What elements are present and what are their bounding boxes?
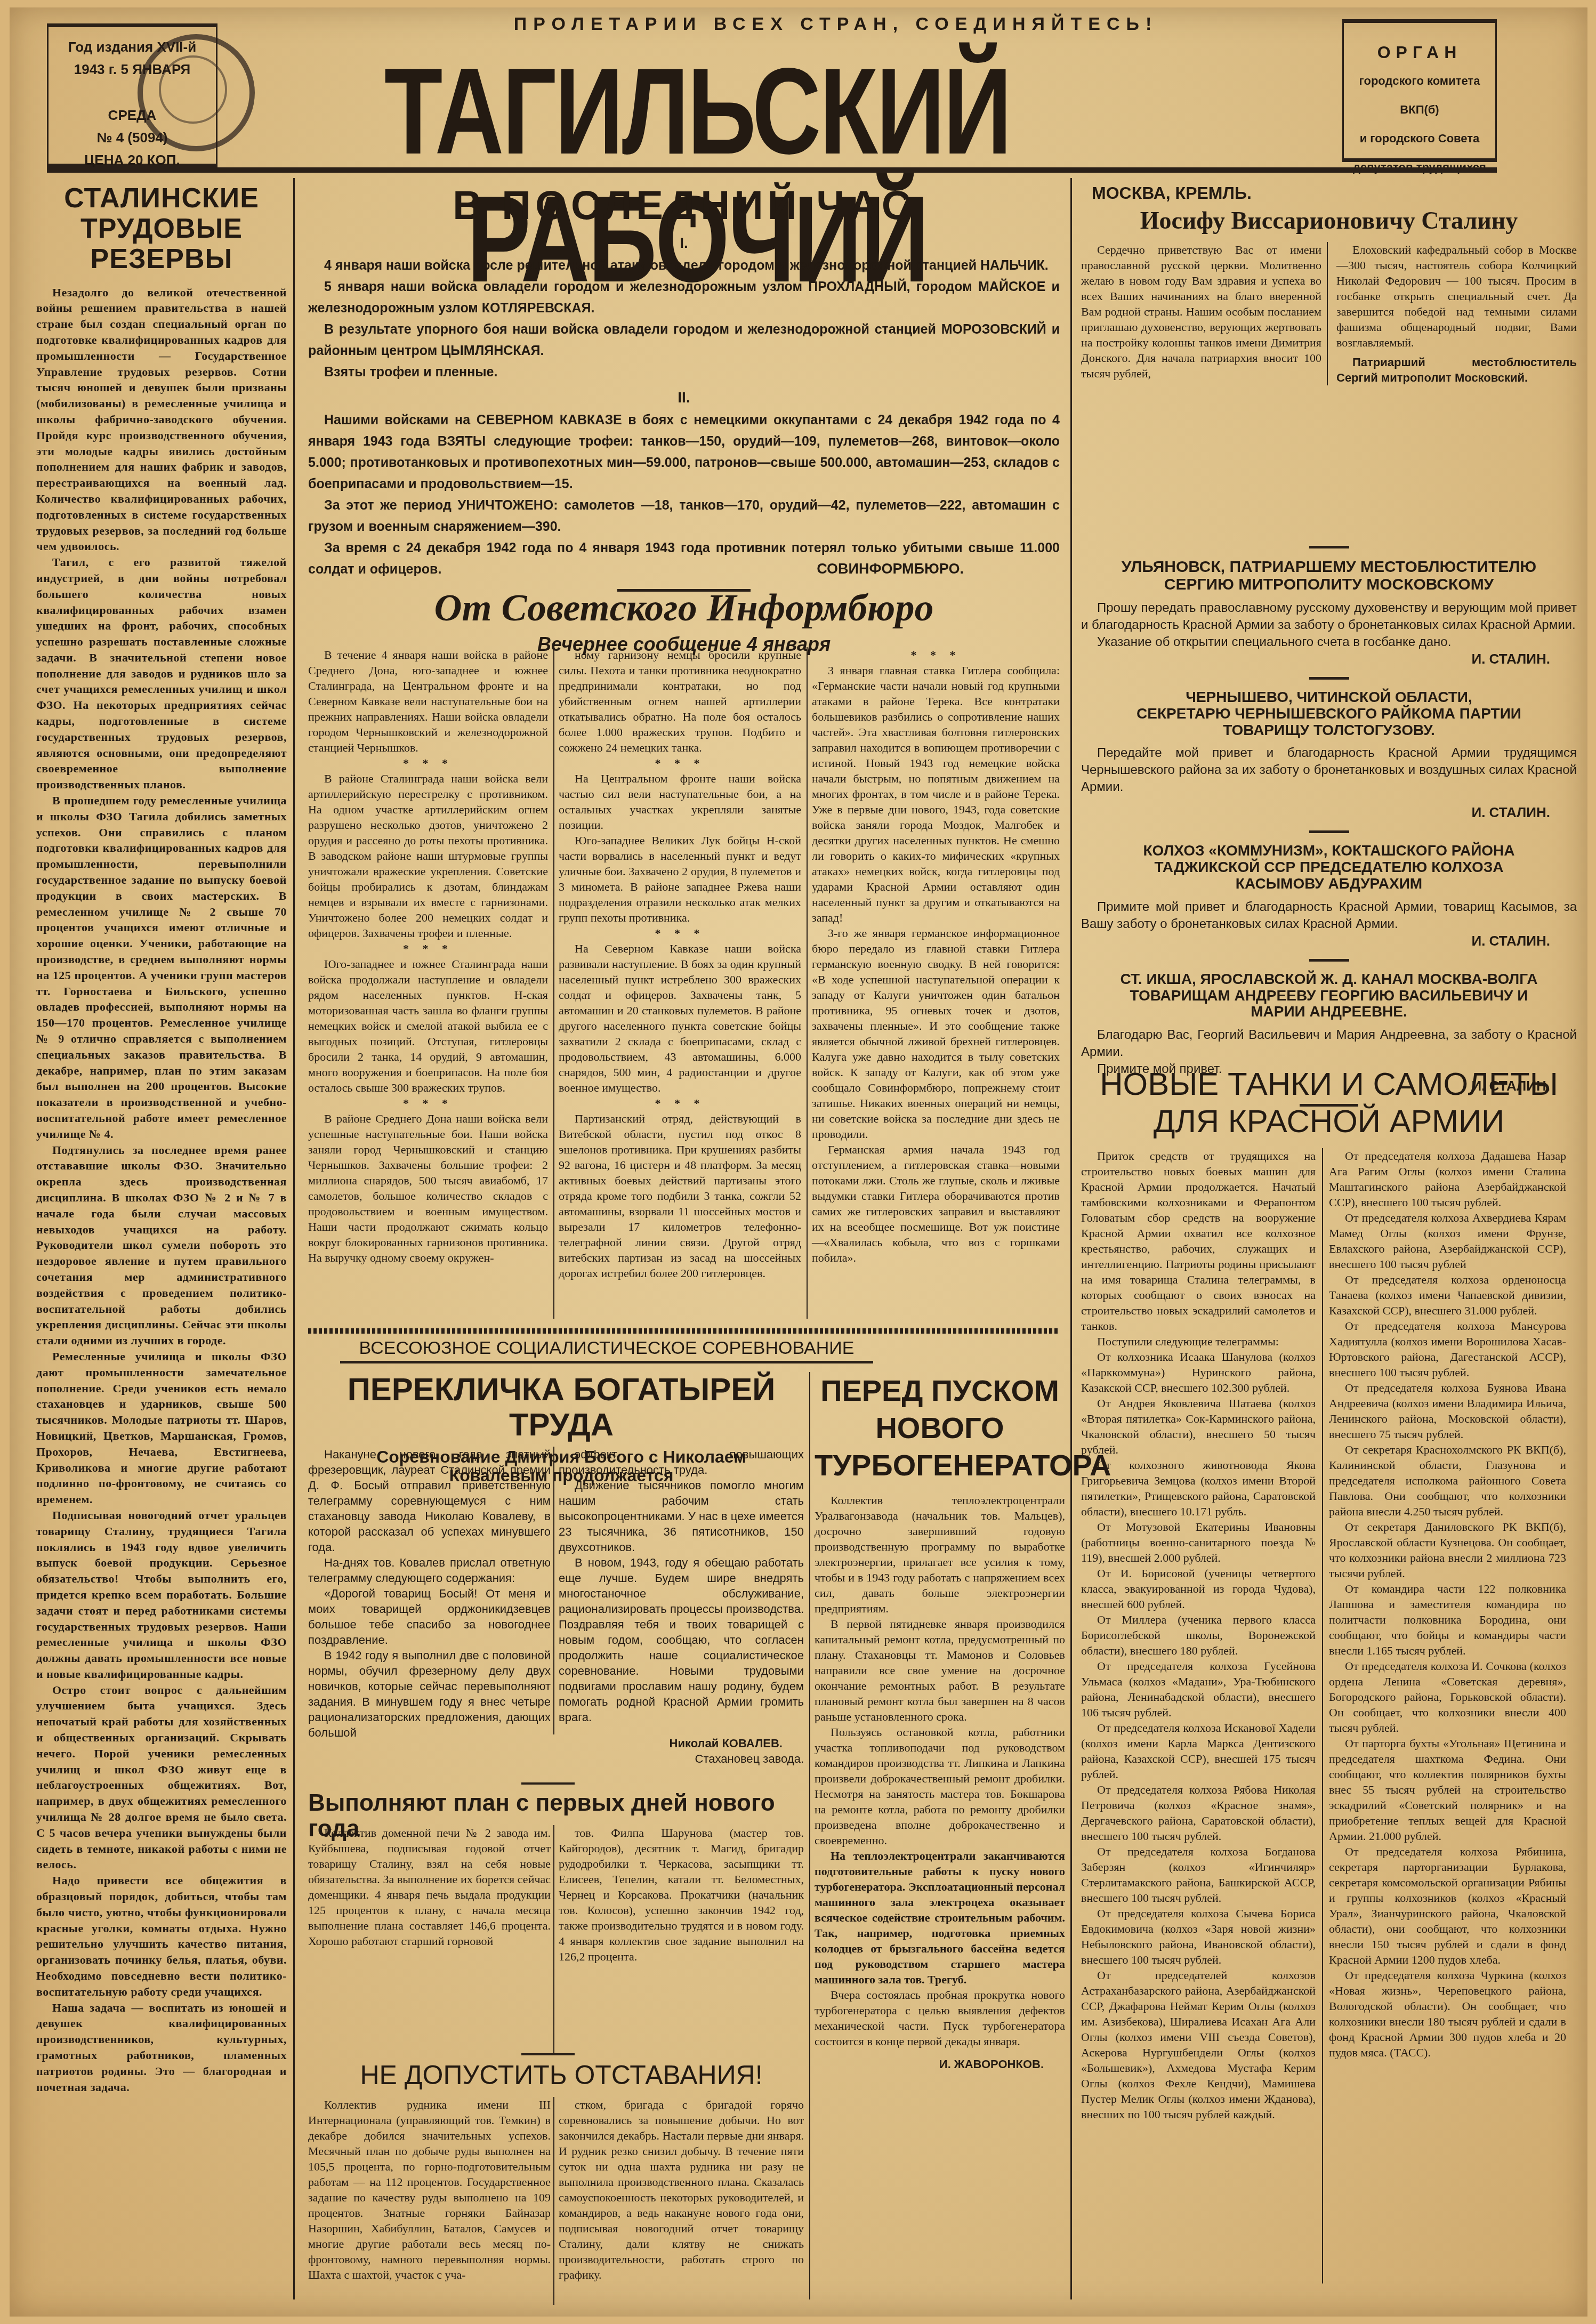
organ-label: ОРГАН — [1344, 38, 1495, 67]
separator: * * * — [559, 1095, 801, 1111]
informburo-col1: В течение 4 января наши войска в районе … — [308, 647, 548, 1265]
paragraph: На Центральном фронте наши войска частью… — [559, 771, 801, 833]
paragraph: На теплоэлектроцентрали заканчиваются по… — [815, 1848, 1065, 1987]
paragraph: В районе Среднего Дона наши войска вели … — [308, 1111, 548, 1265]
separator: * * * — [308, 755, 548, 771]
paragraph: От председателя колхоза Чуркина (колхоз … — [1329, 1967, 1566, 2060]
column-divider — [553, 1447, 554, 1734]
paragraph: От Андрея Яковлевича Шатаева (колхоз «Вт… — [1081, 1395, 1316, 1457]
paragraph: Примите мой привет и благодарность Красн… — [1081, 899, 1577, 933]
plan-col2: тов. Филпа Шарунова (мастер тов. Кайгоро… — [559, 1825, 804, 1964]
paragraph: В 1942 году я выполнил две с половиной н… — [308, 1648, 551, 1740]
paragraph: От колхозного животновода Якова Григорье… — [1081, 1457, 1316, 1519]
paragraph: Пользуясь остановкой котла, работники уч… — [815, 1724, 1065, 1848]
informburo-col3: * * * 3 января главная ставка Гитлера со… — [812, 647, 1060, 1265]
last-hour-title: В ПОСЛЕДНИЙ ЧАС — [308, 183, 1060, 228]
informburo-col2: ному гарнизону немцы бросили крупные сил… — [559, 647, 801, 1281]
paragraph: «Дорогой товарищ Босый! От меня и моих т… — [308, 1586, 551, 1648]
paragraph: От Миллера (ученика первого класса Борис… — [1081, 1612, 1316, 1658]
competition-col2: эффект, повышающих производительность тр… — [559, 1447, 804, 1766]
paragraph: В первой пятидневке января производился … — [815, 1616, 1065, 1724]
motto: ПРОЛЕТАРИИ ВСЕХ СТРАН, СОЕДИНЯЙТЕСЬ! — [489, 14, 1182, 35]
paragraph: Юго-западнее Великих Лук бойцы Н-ской ча… — [559, 833, 801, 925]
plan-col1: Коллектив доменной печи № 2 завода им. К… — [308, 1825, 551, 1949]
paragraph: Движение тысячников помогло многим нашим… — [559, 1478, 804, 1555]
paragraph: Тагил, с его развитой тяжелой индустрией… — [36, 554, 287, 793]
paragraph: Вчера состоялась пробная прокрутка новог… — [815, 1987, 1065, 2049]
tanks-title: НОВЫЕ ТАНКИ И САМОЛЕТЫ ДЛЯ КРАСНОЙ АРМИИ — [1081, 1066, 1577, 1140]
kremlin-col2: Елоховский кафедральный собор в Москве—3… — [1336, 242, 1577, 385]
library-stamp-icon — [138, 34, 255, 151]
paragraph: Коллектив доменной печи № 2 завода им. К… — [308, 1825, 551, 1949]
paragraph: Коллектив рудника имени III Интернациона… — [308, 2097, 551, 2282]
turbo-body: Коллектив теплоэлектроцентрали Уралвагон… — [815, 1492, 1065, 2072]
paragraph: 5 января наши войска овладели городом и … — [308, 276, 1060, 319]
column-divider — [553, 2097, 554, 2305]
section-rule — [521, 1782, 575, 1785]
paragraph: От председателя колхоза Ахвердиева Кярам… — [1329, 1210, 1566, 1272]
paragraph: 4 января наши войска после решительной а… — [308, 255, 1060, 276]
signature: И. СТАЛИН. — [1081, 804, 1550, 821]
telegram-heading: КОЛХОЗ «КОММУНИЗМ», КОКТАШСКОГО РАЙОНА — [1081, 843, 1577, 859]
editorial-body: Незадолго до великой отечественной войны… — [36, 285, 287, 2095]
paragraph: Взяты трофеи и пленные. — [308, 361, 1060, 383]
newspaper-page: Год издания XVII-й 1943 г. 5 ЯНВАРЯ СРЕД… — [10, 7, 1587, 2317]
kremlin-col1: Сердечно приветствую Вас от имени правос… — [1081, 242, 1328, 385]
turbo-title: ПЕРЕД ПУСКОМ НОВОГО ТУРБОГЕНЕРАТОРА — [815, 1372, 1065, 1484]
editorial-title: СТАЛИНСКИЕ ТРУДОВЫЕ РЕЗЕРВЫ — [36, 183, 287, 275]
separator: * * * — [308, 941, 548, 956]
paragraph: Наша задача — воспитать из юношей и деву… — [36, 2000, 287, 2095]
telegram-heading: ЧЕРНЫШЕВО, ЧИТИНСКОЙ ОБЛАСТИ, — [1081, 689, 1577, 706]
paragraph: В районе Сталинграда наши войска вели ар… — [308, 771, 548, 941]
section-number: I. — [308, 235, 1060, 252]
paragraph: От командира части 122 полковника Лапшов… — [1329, 1581, 1566, 1658]
paragraph: От председателя колхоза Сычева Бориса Ев… — [1081, 1906, 1316, 1967]
paragraph: стком, бригада с бригадой горячо соревно… — [559, 2097, 804, 2282]
signature: И. СТАЛИН. — [1081, 651, 1550, 667]
organ-box: ОРГАН городского комитета ВКП(б) и город… — [1342, 19, 1497, 162]
section-divider-wavy — [308, 1328, 1060, 1334]
editorial-article: СТАЛИНСКИЕ ТРУДОВЫЕ РЕЗЕРВЫ Незадолго до… — [36, 183, 287, 2095]
paragraph: На Северном Кавказе наши войска развивал… — [559, 941, 801, 1095]
paragraph: Поступили следующие телеграммы: — [1081, 1334, 1316, 1349]
separator: * * * — [308, 1095, 548, 1111]
paragraph: В прошедшем году ремесленные училища и ш… — [36, 793, 287, 1142]
paragraph: За этот же период УНИЧТОЖЕНО: самолетов … — [308, 495, 1060, 537]
telegram-heading: СЕКРЕТАРЮ ЧЕРНЫШЕВСКОГО РАЙКОМА ПАРТИИ — [1081, 706, 1577, 722]
paragraph: Подписывая новогодний отчет уральцев тов… — [36, 1507, 287, 1682]
tanks-col2: От председателя колхоза Дадашева Назар А… — [1329, 1148, 1566, 2060]
organ-line: и городского Совета — [1344, 124, 1495, 153]
paragraph: Остро стоит вопрос с дальнейшим улучшени… — [36, 1682, 287, 1873]
organ-line: городского комитета ВКП(б) — [1344, 67, 1495, 124]
telegram-heading: ТОВАРИЩАМ АНДРЕЕВУ ГЕОРГИЮ ВАСИЛЬЕВИЧУ И — [1081, 988, 1577, 1004]
paragraph: Нашими войсками на СЕВЕРНОМ КАВКАЗЕ в бо… — [308, 409, 1060, 495]
lagging-col2: стком, бригада с бригадой горячо соревно… — [559, 2097, 804, 2282]
paragraph: Подтянулись за последнее время ранее отс… — [36, 1142, 287, 1349]
telegram: ЧЕРНЫШЕВО, ЧИТИНСКОЙ ОБЛАСТИ, СЕКРЕТАРЮ … — [1081, 689, 1577, 821]
addressee: Иосифу Виссарионовичу Сталину — [1081, 206, 1577, 235]
column-divider — [807, 647, 808, 1319]
last-hour-part1: 4 января наши войска после решительной а… — [308, 255, 1060, 383]
paragraph: Приток средств от трудящихся на строител… — [1081, 1148, 1316, 1334]
paragraph: эффект, повышающих производительность тр… — [559, 1447, 804, 1478]
telegram-heading: ТАДЖИКСКОЙ ССР ПРЕДСЕДАТЕЛЮ КОЛХОЗА — [1081, 859, 1577, 876]
paragraph: Указание об открытии специального счета … — [1081, 634, 1577, 651]
paragraph: От председателя колхоза Рябова Николая П… — [1081, 1782, 1316, 1844]
place: МОСКВА, КРЕМЛЬ. — [1092, 183, 1577, 203]
section-number: II. — [308, 389, 1060, 406]
turbo-article: ПЕРЕД ПУСКОМ НОВОГО ТУРБОГЕНЕРАТОРА Колл… — [815, 1372, 1065, 2072]
masthead-rule — [47, 167, 1497, 173]
signature-role: Стахановец завода. — [559, 1751, 804, 1766]
column-divider — [293, 178, 295, 2299]
telegram: УЛЬЯНОВСК, ПАТРИАРШЕМУ МЕСТОБЛЮСТИТЕЛЮ С… — [1081, 558, 1577, 667]
last-hour-article: В ПОСЛЕДНИЙ ЧАС I. 4 января наши войска … — [308, 183, 1060, 592]
telegram-heading: ТОВАРИЩУ ТОЛСТОГУЗОВУ. — [1081, 722, 1577, 739]
column-divider — [553, 647, 554, 1319]
paragraph: От председателя колхоза Рябинина, секрет… — [1329, 1844, 1566, 1967]
paragraph: От председателей колхозов Астраханбазарс… — [1081, 1967, 1316, 2122]
telegrams-section: УЛЬЯНОВСК, ПАТРИАРШЕМУ МЕСТОБЛЮСТИТЕЛЮ С… — [1081, 546, 1577, 1107]
paragraph: От парторга бухты «Угольная» Щетинина и … — [1329, 1736, 1566, 1844]
kremlin-columns: Сердечно приветствую Вас от имени правос… — [1081, 242, 1577, 385]
paragraph: Коллектив теплоэлектроцентрали Уралвагон… — [815, 1492, 1065, 1616]
paragraph: От секретаря Краснохолмского РК ВКП(б), … — [1329, 1442, 1566, 1519]
column-divider — [1322, 1148, 1323, 2283]
paragraph: Накануне нового года знатный фрезеровщик… — [308, 1447, 551, 1555]
separator: * * * — [559, 755, 801, 771]
paragraph: От секретаря Даниловского РК ВКП(б), Яро… — [1329, 1519, 1566, 1581]
paragraph: От председателя колхоза орденоносца Тана… — [1329, 1272, 1566, 1318]
paragraph: На-днях тов. Ковалев прислал ответную те… — [308, 1555, 551, 1586]
last-hour-part2: Нашими войсками на СЕВЕРНОМ КАВКАЗЕ в бо… — [308, 409, 1060, 580]
paragraph: Передайте мой привет и благодарность Кра… — [1081, 745, 1577, 796]
paragraph: От председателя колхоза Богданова Заберз… — [1081, 1844, 1316, 1906]
paragraph: 3-го же января германское информационное… — [812, 925, 1060, 1142]
column-divider — [809, 1372, 810, 2299]
kremlin-letter: МОСКВА, КРЕМЛЬ. Иосифу Виссарионовичу Ст… — [1081, 183, 1577, 385]
paragraph: От председателя колхоза И. Сочкова (колх… — [1329, 1658, 1566, 1736]
paragraph: От председателя колхоза Мансурова Хадият… — [1329, 1318, 1566, 1380]
paragraph: От председателя колхоза Буянова Ивана Ан… — [1329, 1380, 1566, 1442]
section-rule — [1309, 959, 1349, 962]
telegram-heading: КАСЫМОВУ АБДУРАХИМ — [1081, 876, 1577, 892]
paragraph: Прошу передать православному русскому ду… — [1081, 600, 1577, 634]
lagging-title: НЕ ДОПУСТИТЬ ОТСТАВАНИЯ! — [308, 2060, 815, 2091]
paragraph: От председателя колхоза Дадашева Назар А… — [1329, 1148, 1566, 1210]
paragraph: тов. Филпа Шарунова (мастер тов. Кайгоро… — [559, 1825, 804, 1964]
lagging-col1: Коллектив рудника имени III Интернациона… — [308, 2097, 551, 2282]
competition-col1: Накануне нового года знатный фрезеровщик… — [308, 1447, 551, 1740]
paragraph: Сердечно приветствую Вас от имени правос… — [1081, 242, 1321, 381]
section-rule — [1309, 546, 1349, 548]
section-rule — [521, 2053, 575, 2055]
separator: * * * — [812, 647, 1060, 663]
paragraph: В течение 4 января наши войска в районе … — [308, 647, 548, 755]
paragraph: 3 января главная ставка Гитлера сообщила… — [812, 663, 1060, 925]
paragraph: Партизанский отряд, действующий в Витебс… — [559, 1111, 801, 1281]
paragraph: Ремесленные училища и школы ФЗО дают про… — [36, 1349, 287, 1507]
paragraph: В новом, 1943, году я обещаю работать ещ… — [559, 1555, 804, 1725]
paragraph: От Мотузовой Екатерины Ивановны (работни… — [1081, 1519, 1316, 1566]
paragraph: В результате упорного боя наши войска ов… — [308, 319, 1060, 361]
paragraph: От И. Борисовой (ученицы четвертого клас… — [1081, 1566, 1316, 1612]
tanks-col1: Приток средств от трудящихся на строител… — [1081, 1148, 1316, 2122]
paragraph: Надо привести все общежития в образцовый… — [36, 1873, 287, 1999]
signature: И. ЖАВОРОНКОВ. — [815, 2056, 1044, 2072]
paragraph: Елоховский кафедральный собор в Москве—3… — [1336, 242, 1577, 350]
paragraph: От председателя колхоза Гусейнова Ульмас… — [1081, 1658, 1316, 1720]
competition-banner: ВСЕСОЮЗНОЕ СОЦИАЛИСТИЧЕСКОЕ СОРЕВНОВАНИЕ — [340, 1338, 873, 1363]
telegram: КОЛХОЗ «КОММУНИЗМ», КОКТАШСКОГО РАЙОНА Т… — [1081, 843, 1577, 949]
paragraph: От колхозника Исаака Шанулова (колхоз «П… — [1081, 1349, 1316, 1395]
paragraph: ному гарнизону немцы бросили крупные сил… — [559, 647, 801, 755]
informburo-article: От Советского Информбюро Вечернее сообще… — [308, 586, 1060, 656]
signature: И. СТАЛИН. — [1081, 933, 1550, 949]
telegram-heading: МАРИИ АНДРЕЕВНЕ. — [1081, 1004, 1577, 1020]
paragraph: Юго-западнее и южнее Сталинграда наши во… — [308, 956, 548, 1095]
informburo-title: От Советского Информбюро — [308, 586, 1060, 630]
paragraph: Германская армия начала 1943 год отступл… — [812, 1142, 1060, 1265]
telegram-heading: УЛЬЯНОВСК, ПАТРИАРШЕМУ МЕСТОБЛЮСТИТЕЛЮ — [1081, 558, 1577, 576]
column-divider — [1070, 178, 1072, 2299]
paragraph: Благодарю Вас, Георгий Васильевич и Мари… — [1081, 1027, 1577, 1061]
paragraph: Незадолго до великой отечественной войны… — [36, 285, 287, 555]
telegram-heading: СЕРГИЮ МИТРОПОЛИТУ МОСКОВСКОМУ — [1081, 576, 1577, 593]
paragraph: От председателя колхоза Исканової Хадели… — [1081, 1720, 1316, 1782]
telegram-heading: СТ. ИКША, ЯРОСЛАВСКОЙ Ж. Д. КАНАЛ МОСКВА… — [1081, 971, 1577, 988]
section-rule — [1309, 830, 1349, 833]
competition-title: ПЕРЕКЛИЧКА БОГАТЫРЕЙ ТРУДА — [308, 1372, 815, 1442]
section-rule — [1309, 677, 1349, 680]
separator: * * * — [559, 925, 801, 941]
signature: Патриарший местоблюститель Сергий митроп… — [1336, 354, 1577, 385]
column-divider — [553, 1825, 554, 2054]
signature: Николай КОВАЛЕВ. — [559, 1736, 783, 1751]
